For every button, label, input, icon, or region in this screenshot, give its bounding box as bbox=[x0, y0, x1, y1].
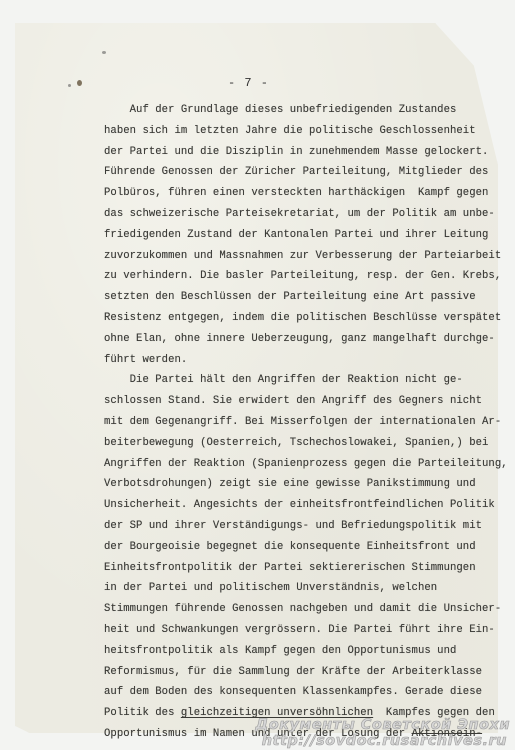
text-line: Führende Genossen der Züricher Parteilei… bbox=[104, 165, 488, 179]
text-line: Reformismus, für die Sammlung der Kräfte… bbox=[104, 665, 482, 679]
text-line: Verbotsdrohungen) zeigt sie eine gewisse… bbox=[104, 477, 476, 491]
paper-stain bbox=[77, 80, 82, 86]
text-line: Angriffen der Reaktion (Spanienprozess g… bbox=[104, 457, 508, 471]
archive-watermark-url: http://sovdoc.rusarchives.ru bbox=[262, 733, 507, 749]
text-line: auf dem Boden des konsequenten Klassenka… bbox=[104, 685, 482, 699]
paper-stain bbox=[102, 51, 106, 54]
text-line: friedigenden Zustand der Kantonalen Part… bbox=[104, 228, 488, 242]
text-line: mit dem Gegenangriff. Bei Misserfolgen d… bbox=[104, 415, 501, 429]
text-line: Die Partei hält den Angriffen der Reakti… bbox=[104, 373, 463, 387]
archive-watermark-title: Документы Советской Эпохи bbox=[255, 717, 510, 733]
text-line: Polbüros, führen einen versteckten harth… bbox=[104, 186, 488, 200]
text-line: heitsfrontpolitik als Kampf gegen den Op… bbox=[104, 644, 456, 658]
text-line: der SP und ihrer Verständigungs- und Bef… bbox=[104, 519, 482, 533]
text-line: schlossen Stand. Sie erwidert den Angrif… bbox=[104, 394, 482, 408]
text-line: ohne Elan, ohne innere Ueberzeugung, gan… bbox=[104, 332, 495, 346]
text-line: beiterbewegung (Oesterreich, Tschechoslo… bbox=[104, 436, 488, 450]
text-line: Stimmungen führende Genossen nachgeben u… bbox=[104, 602, 501, 616]
text-line: haben sich im letzten Jahre die politisc… bbox=[104, 124, 476, 138]
text-line: setzten den Beschlüssen der Parteileitun… bbox=[104, 290, 476, 304]
text-line: Unsicherheit. Angesichts der einheitsfro… bbox=[104, 498, 495, 512]
text-line: der Partei und die Disziplin in zunehmen… bbox=[104, 145, 488, 159]
text-line: Resistenz entgegen, indem die politische… bbox=[104, 311, 501, 325]
text-line: in der Partei und politischem Unverständ… bbox=[104, 581, 437, 595]
text-line: heit und Schwankungen vergrössern. Die P… bbox=[104, 623, 495, 637]
text-line: zuvorzukommen und Massnahmen zur Verbess… bbox=[104, 249, 501, 263]
page-number: - 7 - bbox=[228, 76, 269, 90]
text-line: der Bourgeoisie begegnet die konsequente… bbox=[104, 540, 476, 554]
text-line: Einheitsfrontpolitik der Partei sektiere… bbox=[104, 561, 476, 575]
text-line: zu verhindern. Die basler Parteileitung,… bbox=[104, 269, 501, 283]
text-line: das schweizerische Parteisekretariat, um… bbox=[104, 207, 495, 221]
paper-stain bbox=[68, 84, 71, 87]
text-line: führt werden. bbox=[104, 353, 187, 367]
text-line: Auf der Grundlage dieses unbefriedigende… bbox=[104, 103, 456, 117]
